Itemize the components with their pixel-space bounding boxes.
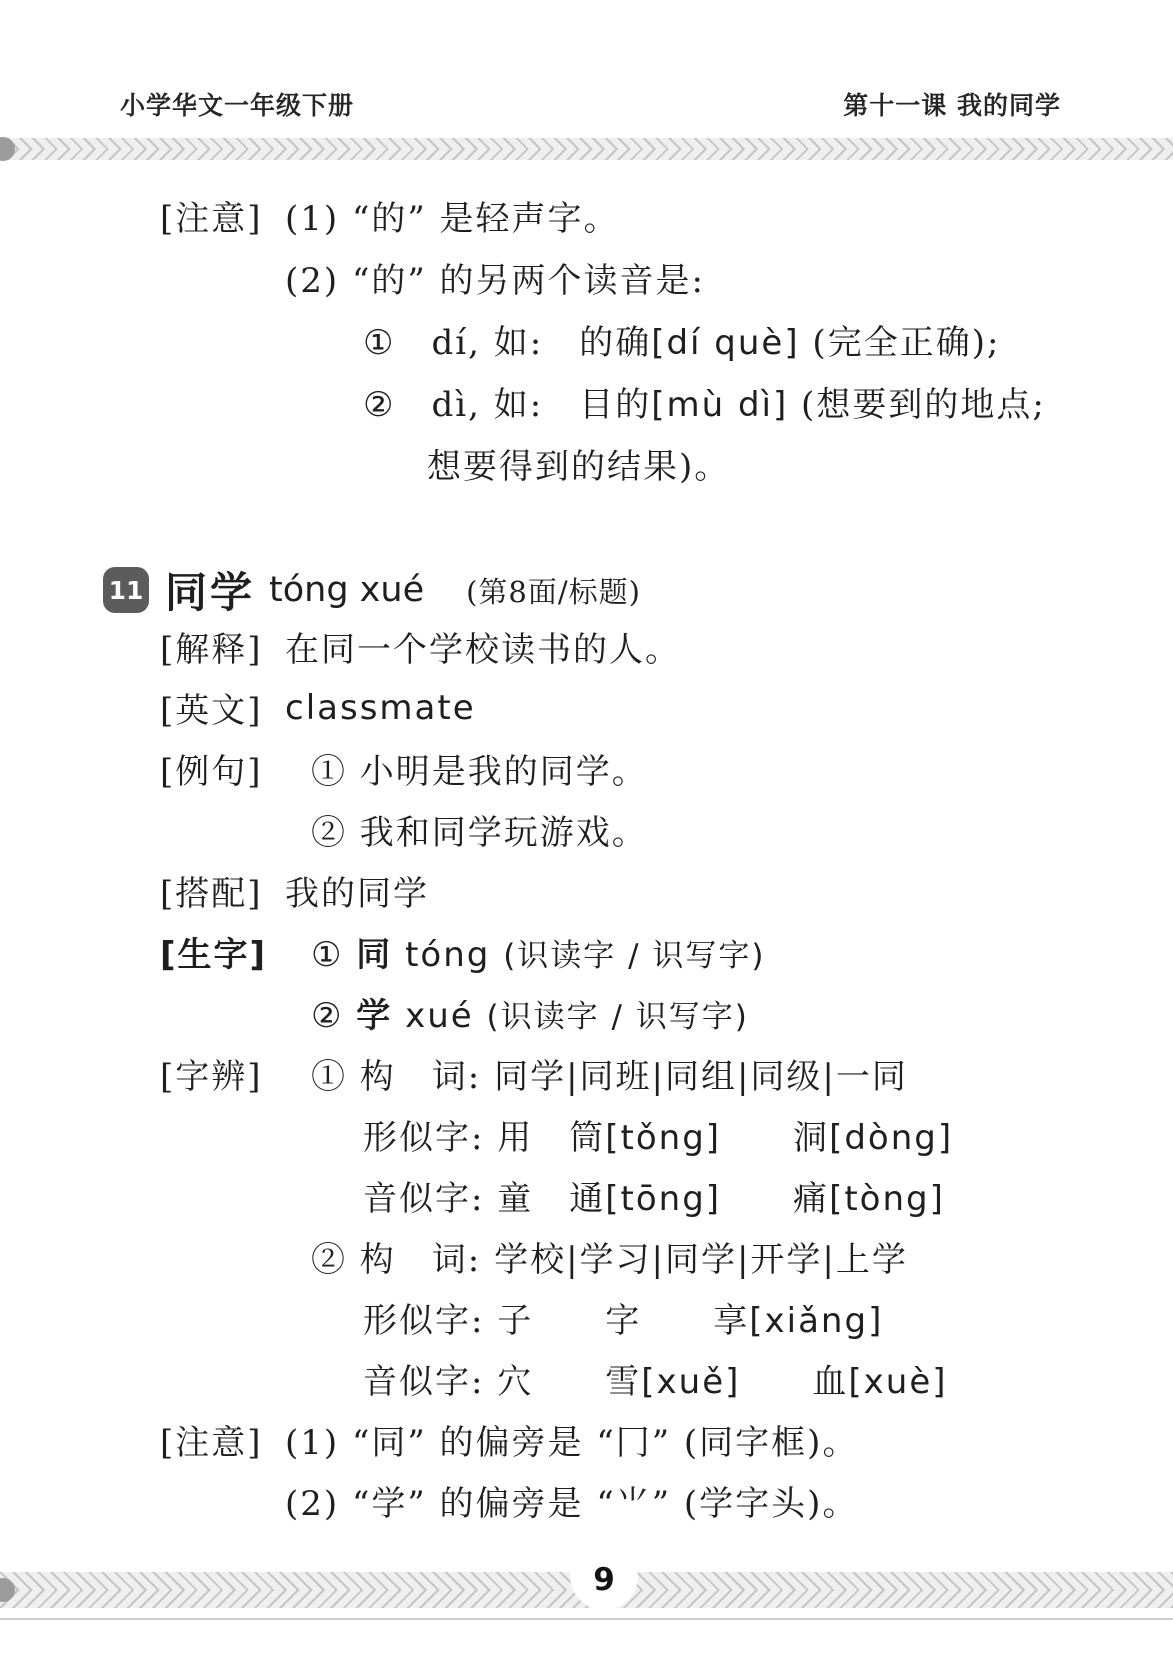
glossary-row: ① dí, 如: 的确[dí què] (完全正确); [0, 308, 1173, 370]
text-segment: 想要得到的结果)。 [427, 447, 730, 487]
glossary-row: [英文]classmate [0, 677, 1173, 738]
header-book-title: 小学华文一年级下册 [120, 86, 354, 122]
text-segment: [xuè] [848, 1362, 947, 1402]
text-segment: (1) “同” 的偏旁是 “冂” (同字框)。 [285, 1423, 858, 1463]
glossary-row: ② 学 xué (识读字 / 识写字) [0, 982, 1173, 1043]
line-text: (2) “的” 的另两个读音是: [285, 253, 705, 302]
entry-word: 同学 [165, 560, 255, 620]
text-segment: (2) “学” 的偏旁是 “⺌” (学字头)。 [285, 1484, 858, 1524]
text-segment: 洞 [721, 1118, 829, 1158]
text-segment: ① 小明是我的同学。 [311, 752, 648, 792]
text-segment: xué [392, 996, 486, 1036]
glossary-row: (2) “的” 的另两个读音是: [0, 246, 1173, 308]
text-segment: classmate [285, 688, 476, 728]
text-segment: 我的同学 [285, 874, 429, 914]
glossary-row: ② 构 词: 学校|学习|同学|开学|上学 [0, 1226, 1173, 1287]
text-segment: 学 [356, 996, 392, 1036]
text-segment: (2) “的” 的另两个读音是: [285, 261, 705, 301]
text-segment: [tòng] [829, 1179, 945, 1219]
text-segment: ② 我和同学玩游戏。 [311, 813, 648, 853]
glossary-row: [解释]在同一个学校读书的人。 [0, 616, 1173, 677]
line-text: ① 构 词: 同学|同班|同组|同级|一同 [285, 1049, 908, 1098]
entry-heading: 11 同学 tóng xué (第8面/标题) [103, 560, 641, 620]
text-segment: [dí què] [651, 323, 799, 363]
line-label: [例句] [160, 744, 285, 793]
entry-number-badge: 11 [103, 567, 149, 613]
text-segment: 痛 [721, 1179, 829, 1219]
line-text: (1) “的” 是轻声字。 [285, 191, 620, 240]
glossary-row: [例句]① 小明是我的同学。 [0, 738, 1173, 799]
line-text: 形似字: 子 字 享[xiǎng] [285, 1293, 883, 1342]
text-segment: [dòng] [829, 1118, 953, 1158]
header-divider-chevron-band [0, 138, 1173, 160]
text-segment: ① dí, 如: 的确 [363, 323, 651, 363]
text-segment: 血 [740, 1362, 848, 1402]
line-text: ① 小明是我的同学。 [285, 744, 648, 793]
text-segment: (1) “的” 是轻声字。 [285, 199, 620, 239]
glossary-row: 形似字: 用 筒[tǒng] 洞[dòng] [0, 1104, 1173, 1165]
line-text: classmate [285, 688, 476, 728]
glossary-row: ② dì, 如: 目的[mù dì] (想要到的地点; [0, 370, 1173, 432]
line-text: ② 构 词: 学校|学习|同学|开学|上学 [285, 1232, 908, 1281]
text-segment: (识读字 / 识写字) [503, 938, 765, 974]
glossary-row: 想要得到的结果)。 [0, 432, 1173, 494]
line-text: ② 学 xué (识读字 / 识写字) [285, 988, 749, 1037]
line-text: 我的同学 [285, 866, 429, 915]
line-text: 音似字: 童 通[tōng] 痛[tòng] [285, 1171, 945, 1220]
line-text: 形似字: 用 筒[tǒng] 洞[dòng] [285, 1110, 953, 1159]
text-segment: 音似字: 童 通 [363, 1179, 605, 1219]
text-segment: [tǒng] [605, 1118, 721, 1158]
entry-section: [解释]在同一个学校读书的人。[英文]classmate[例句]① 小明是我的同… [0, 616, 1173, 1531]
text-segment: (识读字 / 识写字) [487, 999, 749, 1035]
line-label: [字辨] [160, 1049, 285, 1098]
line-text: 想要得到的结果)。 [285, 439, 730, 488]
entry-pinyin: tóng xué [269, 570, 424, 610]
line-text: (2) “学” 的偏旁是 “⺌” (学字头)。 [285, 1476, 858, 1525]
text-segment: ① 构 词: 同学|同班|同组|同级|一同 [311, 1057, 908, 1097]
line-text: 音似字: 穴 雪[xuě] 血[xuè] [285, 1354, 948, 1403]
text-segment: (想要到的地点; [788, 385, 1046, 425]
line-text: ② dì, 如: 目的[mù dì] (想要到的地点; [285, 377, 1046, 426]
text-segment: (完全正确); [800, 323, 1001, 363]
line-label: [解释] [160, 622, 285, 671]
line-text: ① dí, 如: 的确[dí què] (完全正确); [285, 315, 1000, 364]
header-lesson-title: 第十一课 我的同学 [843, 86, 1061, 122]
glossary-row: ② 我和同学玩游戏。 [0, 799, 1173, 860]
glossary-row: [字辨]① 构 词: 同学|同班|同组|同级|一同 [0, 1043, 1173, 1104]
glossary-row: [生字]① 同 tóng (识读字 / 识写字) [0, 921, 1173, 982]
note-section: [注意](1) “的” 是轻声字。(2) “的” 的另两个读音是:① dí, 如… [0, 184, 1173, 494]
text-segment: ② 构 词: 学校|学习|同学|开学|上学 [311, 1240, 908, 1280]
text-segment: [mù dì] [651, 385, 788, 425]
text-segment: [tōng] [605, 1179, 721, 1219]
glossary-row: [注意](1) “同” 的偏旁是 “冂” (同字框)。 [0, 1409, 1173, 1470]
glossary-row: (2) “学” 的偏旁是 “⺌” (学字头)。 [0, 1470, 1173, 1531]
line-label: [生字] [160, 927, 285, 976]
line-text: ② 我和同学玩游戏。 [285, 805, 648, 854]
line-label: [搭配] [160, 866, 285, 915]
text-segment: [xuě] [641, 1362, 740, 1402]
text-segment: 音似字: 穴 雪 [363, 1362, 641, 1402]
text-segment: 同 [356, 935, 392, 975]
text-segment: ② dì, 如: 目的 [363, 385, 651, 425]
line-label: [注意] [160, 191, 285, 240]
text-segment: 形似字: 用 筒 [363, 1118, 605, 1158]
text-segment: 在同一个学校读书的人。 [285, 630, 681, 670]
text-segment: tóng [392, 935, 503, 975]
text-segment: [xiǎng] [749, 1301, 883, 1341]
line-label: [英文] [160, 683, 285, 732]
text-segment: ② [311, 996, 356, 1036]
text-segment: ① [311, 935, 356, 975]
glossary-row: [搭配]我的同学 [0, 860, 1173, 921]
footer-rule [0, 1618, 1173, 1620]
line-text: ① 同 tóng (识读字 / 识写字) [285, 927, 766, 976]
line-label: [注意] [160, 1415, 285, 1464]
glossary-row: [注意](1) “的” 是轻声字。 [0, 184, 1173, 246]
glossary-row: 音似字: 穴 雪[xuě] 血[xuè] [0, 1348, 1173, 1409]
entry-source-reference: (第8面/标题) [466, 570, 641, 611]
line-text: 在同一个学校读书的人。 [285, 622, 681, 671]
glossary-row: 音似字: 童 通[tōng] 痛[tòng] [0, 1165, 1173, 1226]
text-segment: 形似字: 子 字 享 [363, 1301, 749, 1341]
line-text: (1) “同” 的偏旁是 “冂” (同字框)。 [285, 1415, 858, 1464]
page-number: 9 [570, 1560, 638, 1600]
glossary-row: 形似字: 子 字 享[xiǎng] [0, 1287, 1173, 1348]
